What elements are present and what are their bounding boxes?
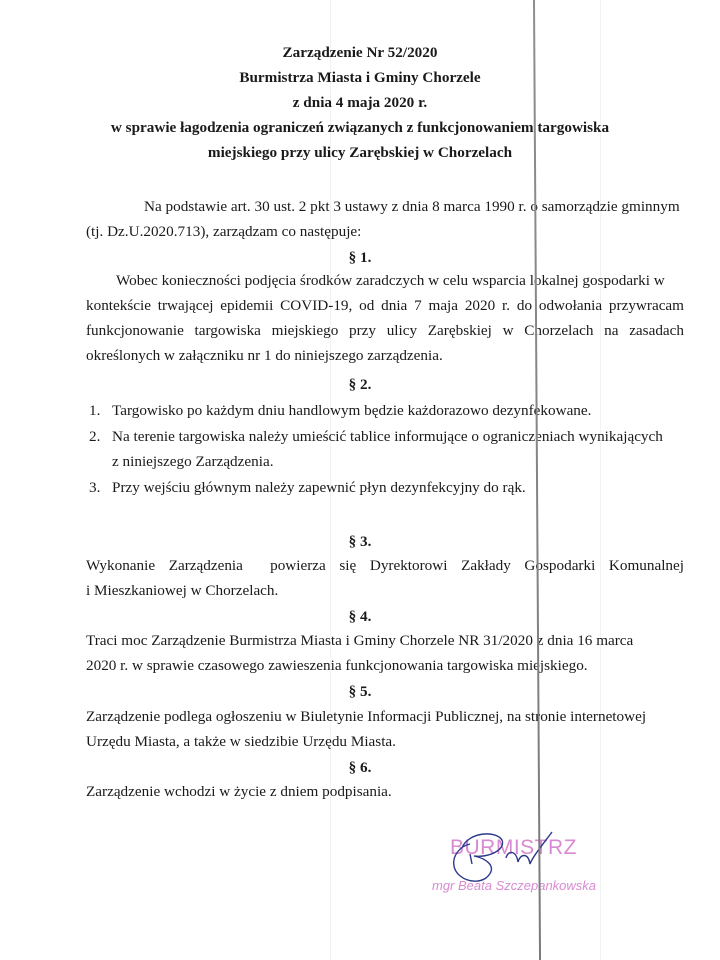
list-item-number: 1.: [89, 402, 100, 420]
handwritten-signature-icon: [448, 828, 568, 888]
section-1-line: Wobec konieczności podjęcia środków zara…: [116, 272, 665, 290]
section-6-heading: § 6.: [0, 759, 720, 777]
document-subject-line-2: miejskiego przy ulicy Zarębskiej w Chorz…: [0, 144, 720, 162]
document-subject-line-1: w sprawie łagodzenia ograniczeń związany…: [0, 119, 720, 137]
list-item: Przy wejściu głównym należy zapewnić pły…: [112, 479, 526, 497]
preamble-line-1: Na podstawie art. 30 ust. 2 pkt 3 ustawy…: [144, 198, 680, 216]
section-4-heading: § 4.: [0, 608, 720, 626]
section-4-line: 2020 r. w sprawie czasowego zawieszenia …: [86, 657, 588, 675]
section-1-line: funkcjonowanie targowiska miejskiego prz…: [86, 322, 684, 340]
section-1-heading: § 1.: [0, 249, 720, 267]
document-issuer: Burmistrza Miasta i Gminy Chorzele: [0, 69, 720, 87]
section-5-heading: § 5.: [0, 683, 720, 701]
section-5-line: Zarządzenie podlega ogłoszeniu w Biulety…: [86, 708, 646, 726]
list-item-number: 2.: [89, 428, 100, 446]
section-1-line: określonych w załączniku nr 1 do niniejs…: [86, 347, 443, 365]
section-2-heading: § 2.: [0, 376, 720, 394]
document-date: z dnia 4 maja 2020 r.: [0, 94, 720, 112]
list-item: z niniejszego Zarządzenia.: [112, 453, 274, 471]
list-item-number: 3.: [89, 479, 100, 497]
section-6-line: Zarządzenie wchodzi w życie z dniem podp…: [86, 783, 392, 801]
preamble-line-2: (tj. Dz.U.2020.713), zarządzam co następ…: [86, 223, 361, 241]
list-item: Na terenie targowiska należy umieścić ta…: [112, 428, 663, 446]
section-5-line: Urzędu Miasta, a także w siedzibie Urzęd…: [86, 733, 396, 751]
section-3-line: Wykonanie Zarządzenia powierza się Dyrek…: [86, 557, 684, 575]
section-3-heading: § 3.: [0, 533, 720, 551]
document-title: Zarządzenie Nr 52/2020: [0, 44, 720, 62]
list-item: Targowisko po każdym dniu handlowym będz…: [112, 402, 591, 420]
section-1-line: kontekście trwającej epidemii COVID-19, …: [86, 297, 684, 315]
section-4-line: Traci moc Zarządzenie Burmistrza Miasta …: [86, 632, 633, 650]
section-3-line: i Mieszkaniowej w Chorzelach.: [86, 582, 278, 600]
